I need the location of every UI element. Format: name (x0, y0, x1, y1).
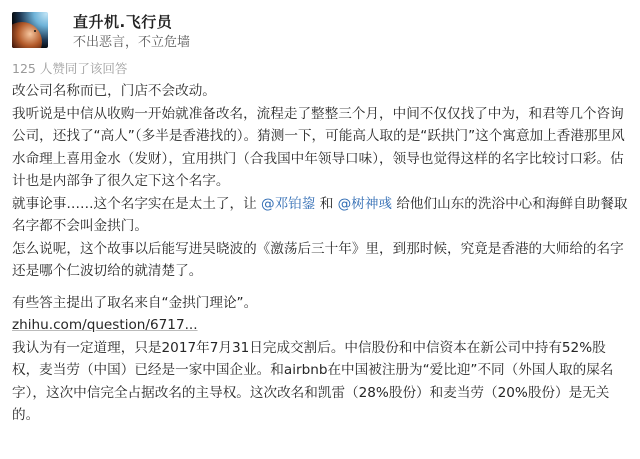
answer-paragraph-5: 有些答主提出了取名来自“金拱门理论”。 (12, 292, 630, 315)
answer-paragraph-3: 就事论事……这个名字实在是太土了，让 @邓铂鋆 和 @树神彧 给他们山东的洗浴中… (12, 193, 630, 238)
answer-paragraph-1: 改公司名称而已，门店不会改动。 (12, 80, 630, 103)
avatar[interactable] (12, 12, 48, 48)
question-link[interactable]: zhihu.com/question/6717... (12, 317, 198, 333)
author-name[interactable]: 直升机.飞行员 (73, 12, 190, 32)
answer-header: 直升机.飞行员 不出恶言，不立危墙 (12, 12, 190, 53)
answer-paragraph-6: 我认为有一定道理，只是2017年7月31日完成交割后。中信股份和中信资本在新公司… (12, 337, 630, 427)
mention-user-2[interactable]: @树神彧 (338, 196, 392, 212)
author-bio: 不出恶言，不立危墙 (73, 33, 190, 53)
paragraph-3-text-before: 就事论事……这个名字实在是太土了，让 (12, 196, 261, 212)
upvote-count: 125 人赞同了该回答 (12, 59, 127, 77)
answer-paragraph-4: 怎么说呢，这个故事以后能写进吴晓波的《激荡后三十年》里，到那时候，究竟是香港的大… (12, 238, 630, 283)
user-info: 直升机.飞行员 不出恶言，不立危墙 (73, 12, 190, 53)
mention-user-1[interactable]: @邓铂鋆 (261, 196, 315, 212)
answer-paragraph-2: 我听说是中信从收购一开始就准备改名，流程走了整整三个月，中间不仅仅找了中为，和君… (12, 103, 630, 193)
question-link-line: zhihu.com/question/6717... (12, 314, 630, 337)
answer-content: 改公司名称而已，门店不会改动。 我听说是中信从收购一开始就准备改名，流程走了整整… (12, 80, 630, 427)
paragraph-gap (12, 283, 630, 292)
paragraph-3-text-mid: 和 (315, 196, 337, 212)
